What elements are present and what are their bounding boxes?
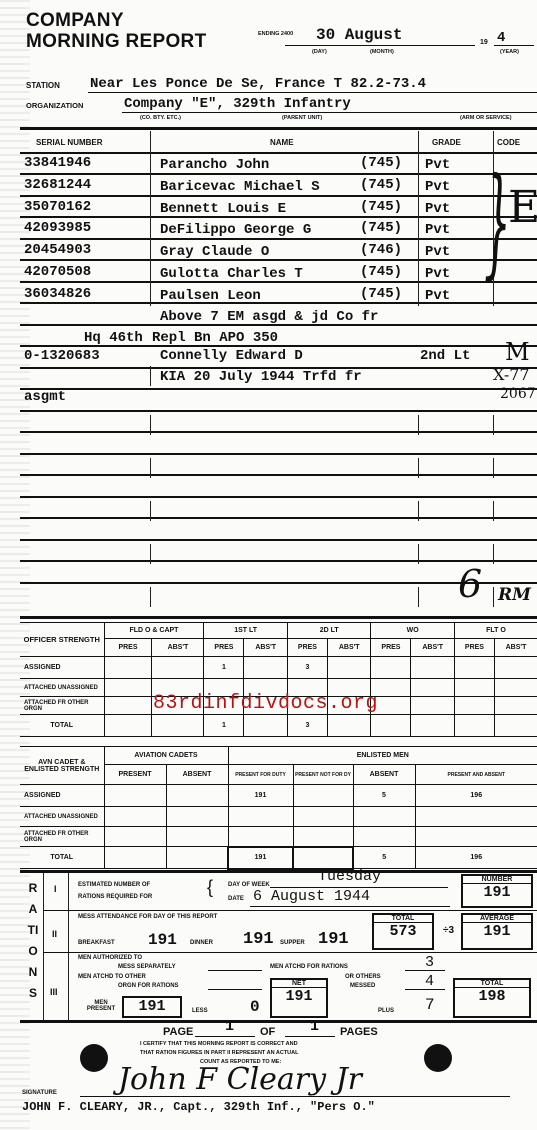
table-row: TOTAL 1 3 <box>20 715 537 737</box>
sub-month: (MONTH) <box>370 49 394 55</box>
cell <box>152 657 204 679</box>
soldier-name: Paulsen Leon <box>160 288 261 304</box>
cell <box>371 657 411 679</box>
dinner-label: DINNER <box>190 940 213 946</box>
cell: 196 <box>415 847 537 869</box>
roster-bottom-divider <box>20 616 537 619</box>
row-label: ASSIGNED <box>20 657 104 679</box>
average-box: AVERAGE 191 <box>461 913 533 950</box>
year-underline <box>494 45 534 46</box>
grand-total-box: TOTAL 198 <box>453 978 531 1018</box>
atchd-underline <box>405 970 445 971</box>
subcol-abst: ABS'T <box>494 639 537 657</box>
grade: Pvt <box>425 244 450 260</box>
less-value: 0 <box>250 998 260 1016</box>
col-code: CODE <box>497 138 520 147</box>
plus-label: PLUS <box>378 1008 394 1014</box>
page-underline <box>195 1036 255 1037</box>
report-year: 4 <box>497 30 505 46</box>
number-value: 191 <box>463 884 531 901</box>
station-value: Near Les Ponce De Se, France T 82.2-73.4 <box>90 76 426 92</box>
ruled-line <box>20 388 537 390</box>
certify-line-1: I CERTIFY THAT THIS MORNING REPORT IS CO… <box>140 1041 298 1047</box>
column-tick <box>418 544 419 564</box>
mos-code: (745) <box>360 155 402 171</box>
section-i-label: I <box>54 884 57 894</box>
row-label: TOTAL <box>20 847 104 869</box>
cell <box>104 785 166 807</box>
soldier-name: DeFilippo George G <box>160 222 311 238</box>
men-present-box: 191 <box>122 996 182 1018</box>
report-date: 30 August <box>316 26 402 44</box>
cell <box>166 785 228 807</box>
remark-line-1: Above 7 EM asgd & jd Co fr <box>160 309 378 325</box>
others-messed-label-2: MESSED <box>350 983 375 989</box>
supper-value: 191 <box>318 930 349 949</box>
name-col-divider <box>150 131 151 306</box>
column-tick <box>150 415 151 435</box>
officer-strength-table: OFFICER STRENGTH FLD O & CAPT 1ST LT 2D … <box>20 622 537 737</box>
average-label: AVERAGE <box>463 915 531 923</box>
divide-symbol: ÷3 <box>443 925 454 936</box>
cell <box>327 715 370 737</box>
atchd-for-rations-label: MEN ATCHD FOR RATIONS <box>270 964 348 970</box>
cell <box>371 715 411 737</box>
subcol-pres: PRES <box>287 639 327 657</box>
form-title: COMPANY MORNING REPORT <box>26 10 206 52</box>
atchd-other-underline <box>208 989 262 990</box>
subcol-absent-em: ABSENT <box>353 765 415 785</box>
ration-date-value: 6 August 1944 <box>253 888 370 905</box>
mess-total-label: TOTAL <box>374 915 432 923</box>
mos-code: (745) <box>360 220 402 236</box>
others-underline <box>405 989 445 990</box>
bracket-mark: } <box>484 158 511 288</box>
sub-day: (DAY) <box>312 49 327 55</box>
column-tick <box>150 501 151 521</box>
subcol-present-and-absent: PRESENT AND ABSENT <box>415 765 537 785</box>
grade: Pvt <box>425 288 450 304</box>
group-wo: WO <box>371 623 455 639</box>
mos-code: (745) <box>360 264 402 280</box>
rations-side-label: RATIONS <box>27 878 39 1004</box>
title-line-2: MORNING REPORT <box>26 31 206 52</box>
subcol-pres: PRES <box>454 639 494 657</box>
pages-underline <box>285 1036 335 1037</box>
row-label: ATTACHED UNASSIGNED <box>20 679 104 697</box>
signature-line <box>80 1096 510 1097</box>
column-tick <box>493 501 494 521</box>
handwritten-six: 6 <box>458 562 482 606</box>
cell <box>454 715 494 737</box>
officer-code-2: X-77 <box>493 365 530 384</box>
mos-code: (745) <box>360 286 402 302</box>
mess-total-box: TOTAL 573 <box>372 913 434 950</box>
section-iii-label: III <box>50 987 58 997</box>
group-2d-lt: 2D LT <box>287 623 371 639</box>
soldier-name: Baricevac Michael S <box>160 179 320 195</box>
auth-sep-underline <box>208 970 262 971</box>
less-label: LESS <box>192 1008 208 1014</box>
day-of-week-value: Tuesday <box>318 868 381 885</box>
punch-hole-left <box>80 1044 108 1072</box>
station-underline <box>88 92 537 93</box>
cell <box>166 847 228 869</box>
net-box: NET 191 <box>270 978 328 1018</box>
serial-number: 42070508 <box>24 264 91 280</box>
officer-code-3: 2067 <box>500 386 536 402</box>
brace: { <box>207 877 213 898</box>
atchd-other-label-1: MEN ATCHD TO OTHER <box>78 974 146 980</box>
subcol-abst: ABS'T <box>152 639 204 657</box>
row-label: ATTACHED FR OTHER ORGN <box>20 827 104 847</box>
auth-separately-label-1: MEN AUTHORIZED TO <box>78 955 142 961</box>
breakfast-value: 191 <box>148 931 177 949</box>
table-row: ATTACHED FR OTHER ORGN <box>20 827 537 847</box>
station-label: STATION <box>26 81 60 90</box>
cell: 1 <box>204 715 244 737</box>
org-sub-1: (CO. BTY. ETC.) <box>140 115 181 121</box>
ruled-line <box>20 453 537 455</box>
column-tick <box>418 501 419 521</box>
soldier-name: Gray Claude O <box>160 244 269 260</box>
cell <box>494 657 537 679</box>
table-row: ATTACHED UNASSIGNED <box>20 807 537 827</box>
signature: John F Cleary Jr <box>118 1062 362 1097</box>
serial-number: 42093985 <box>24 220 91 236</box>
cell <box>152 715 204 737</box>
table-row: TOTAL 191 5 196 <box>20 847 537 869</box>
organization-value: Company "E", 329th Infantry <box>124 96 351 112</box>
ruled-line <box>20 173 537 175</box>
serial-number: 20454903 <box>24 242 91 258</box>
grand-total-label: TOTAL <box>455 980 529 988</box>
mos-code: (746) <box>360 242 402 258</box>
others-messed-label-1: OR OTHERS <box>345 974 381 980</box>
cell <box>244 657 287 679</box>
cell: 3 <box>287 715 327 737</box>
grade-col-divider <box>418 131 419 306</box>
rations-top-line <box>20 870 537 873</box>
punch-hole-right <box>424 1044 452 1072</box>
column-tick <box>493 587 494 607</box>
row-label: ATTACHED FR OTHER ORGN <box>20 697 104 715</box>
serial-number: 36034826 <box>24 286 91 302</box>
group-1st-lt: 1ST LT <box>204 623 288 639</box>
section-ii-bottom <box>43 952 537 953</box>
table-row: ASSIGNED 191 5 196 <box>20 785 537 807</box>
date-label: DATE <box>228 896 244 902</box>
cell: 191 <box>228 785 293 807</box>
ruled-line <box>20 539 537 541</box>
date-underline <box>285 45 475 46</box>
dinner-value: 191 <box>243 930 274 949</box>
est-label-2: RATIONS REQUIRED FOR <box>78 894 152 900</box>
ruled-line <box>20 474 537 476</box>
ruled-line <box>20 410 537 412</box>
ending-label: ENDING 2400 <box>258 31 293 37</box>
morning-report-page: COMPANY MORNING REPORT ENDING 2400 30 Au… <box>0 0 537 1130</box>
cell: 191 <box>228 847 293 869</box>
column-tick <box>418 458 419 478</box>
plus-value: 7 <box>425 996 435 1014</box>
group-enlisted-men: ENLISTED MEN <box>228 747 537 765</box>
ruled-line <box>20 517 537 519</box>
column-tick <box>493 544 494 564</box>
ruled-line <box>20 259 537 261</box>
cell <box>293 847 353 869</box>
asgmt-text: asgmt <box>24 389 66 405</box>
men-present-value: 191 <box>124 998 180 1016</box>
organization-label: ORGANIZATION <box>26 101 83 110</box>
code-e: E <box>508 182 537 233</box>
mess-attendance-label: MESS ATTENDANCE FOR DAY OF THIS REPORT <box>78 914 217 920</box>
group-aviation-cadets: AVIATION CADETS <box>104 747 228 765</box>
org-sub-2: (PARENT UNIT) <box>282 115 322 121</box>
serial-number: 35070162 <box>24 199 91 215</box>
column-tick <box>493 415 494 435</box>
cell: 3 <box>287 657 327 679</box>
soldier-name: Bennett Louis E <box>160 201 286 217</box>
cell <box>293 785 353 807</box>
subcol-abst: ABS'T <box>327 639 370 657</box>
soldier-name: Gulotta Charles T <box>160 266 303 282</box>
enlisted-strength-title: AVN CADET & ENLISTED STRENGTH <box>20 747 104 785</box>
total-pages: 1 <box>310 1018 319 1035</box>
row-label: ASSIGNED <box>20 785 104 807</box>
grade: Pvt <box>425 222 450 238</box>
ruled-line <box>20 496 537 498</box>
column-tick <box>493 458 494 478</box>
col-serial-number: SERIAL NUMBER <box>36 138 103 147</box>
column-tick <box>150 544 151 564</box>
officer-strength-title: OFFICER STRENGTH <box>20 623 104 657</box>
remark-line-2-left: Hq 46th <box>84 330 143 346</box>
header-divider <box>20 127 537 130</box>
serial-number: 32681244 <box>24 177 91 193</box>
watermark: 83rdinfdivdocs.org <box>153 692 378 715</box>
cell <box>454 657 494 679</box>
grand-total-value: 198 <box>455 988 529 1005</box>
grade: Pvt <box>425 157 450 173</box>
grade: Pvt <box>425 266 450 282</box>
column-tick <box>150 587 151 607</box>
pages-label: PAGES <box>340 1026 378 1038</box>
soldier-name: Parancho John <box>160 157 269 173</box>
cell <box>327 657 370 679</box>
cell <box>411 657 454 679</box>
rations-bottom-line <box>20 1020 537 1023</box>
subcol-abst: ABS'T <box>411 639 454 657</box>
row-label: TOTAL <box>20 715 104 737</box>
column-tick <box>150 458 151 478</box>
atchd-for-rations-value: 3 <box>425 954 434 971</box>
column-tick <box>418 587 419 607</box>
officer-serial: 0-1320683 <box>24 348 100 364</box>
officer-code: M <box>505 338 530 366</box>
year-prefix: 19 <box>480 40 488 46</box>
org-underline <box>122 112 537 113</box>
subcol-present-not-for-duty: PRESENT NOT FOR DY <box>293 765 353 785</box>
sub-year: (YEAR) <box>500 49 519 55</box>
enlisted-strength-table: AVN CADET & ENLISTED STRENGTH AVIATION C… <box>20 746 537 870</box>
mess-total-value: 573 <box>374 923 432 940</box>
initials: RM <box>498 585 531 605</box>
table-row: ASSIGNED 1 3 <box>20 657 537 679</box>
group-flt-o: FLT O <box>454 623 537 639</box>
cell <box>244 715 287 737</box>
subcol-pres: PRES <box>204 639 244 657</box>
certify-line-2: THAT RATION FIGURES IN PART II REPRESENT… <box>140 1050 298 1056</box>
section-ii-label: II <box>52 929 57 939</box>
mos-code: (745) <box>360 199 402 215</box>
breakfast-label: BREAKFAST <box>78 940 115 946</box>
net-value: 191 <box>272 988 326 1005</box>
subcol-abst: ABS'T <box>244 639 287 657</box>
col-name: NAME <box>270 138 294 147</box>
subcol-pres: PRES <box>104 639 152 657</box>
officer-remark: KIA 20 July 1944 Trfd fr <box>160 369 362 385</box>
subcol-pres: PRES <box>371 639 411 657</box>
officer-grade: 2nd Lt <box>420 348 470 364</box>
cell: 5 <box>353 785 415 807</box>
date-underline-2 <box>250 906 450 907</box>
men-present-label: MEN PRESENT <box>82 1000 120 1012</box>
cell: 196 <box>415 785 537 807</box>
auth-separately-label-2: MESS SEPARATELY <box>118 964 176 970</box>
signer-typed-name: JOHN F. CLEARY, JR., Capt., 329th Inf., … <box>22 1100 375 1114</box>
page-number: 1 <box>225 1018 234 1035</box>
remark-line-2-right: Repl Bn APO 350 <box>152 330 278 346</box>
cell <box>104 847 166 869</box>
serial-number: 33841946 <box>24 155 91 171</box>
grade: Pvt <box>425 201 450 217</box>
ruled-line <box>20 302 537 304</box>
cell: 1 <box>204 657 244 679</box>
cell <box>104 657 152 679</box>
mos-code: (745) <box>360 177 402 193</box>
supper-label: SUPPER <box>280 940 305 946</box>
section-i-bottom <box>43 910 537 911</box>
grade: Pvt <box>425 179 450 195</box>
est-label-1: ESTIMATED NUMBER OF <box>78 882 150 888</box>
group-fld-o-capt: FLD O & CAPT <box>104 623 204 639</box>
ruled-line <box>20 431 537 433</box>
page-label: PAGE <box>163 1026 193 1038</box>
signature-label: SIGNATURE <box>22 1090 57 1096</box>
subcol-absent: ABSENT <box>166 765 228 785</box>
roster-header-line <box>20 152 537 154</box>
rations-section-divider <box>68 873 69 1020</box>
others-messed-value: 4 <box>425 973 434 990</box>
cell <box>411 715 454 737</box>
subcol-present: PRESENT <box>104 765 166 785</box>
of-label: OF <box>260 1026 275 1038</box>
cell: 5 <box>353 847 415 869</box>
rations-side-divider <box>43 873 44 1020</box>
col-grade: GRADE <box>432 138 461 147</box>
org-sub-3: (ARM OR SERVICE) <box>460 115 512 121</box>
atchd-other-label-2: ORGN FOR RATIONS <box>118 983 179 989</box>
title-line-1: COMPANY <box>26 10 206 31</box>
subcol-present-for-duty: PRESENT FOR DUTY <box>228 765 293 785</box>
cell <box>494 715 537 737</box>
cell <box>104 715 152 737</box>
number-label: NUMBER <box>463 876 531 884</box>
column-tick <box>418 415 419 435</box>
average-value: 191 <box>463 923 531 940</box>
row-label: ATTACHED UNASSIGNED <box>20 807 104 827</box>
number-box: NUMBER 191 <box>461 874 533 908</box>
officer-remark-divider <box>150 366 151 386</box>
officer-name: Connelly Edward D <box>160 348 303 364</box>
net-label: NET <box>272 980 326 988</box>
